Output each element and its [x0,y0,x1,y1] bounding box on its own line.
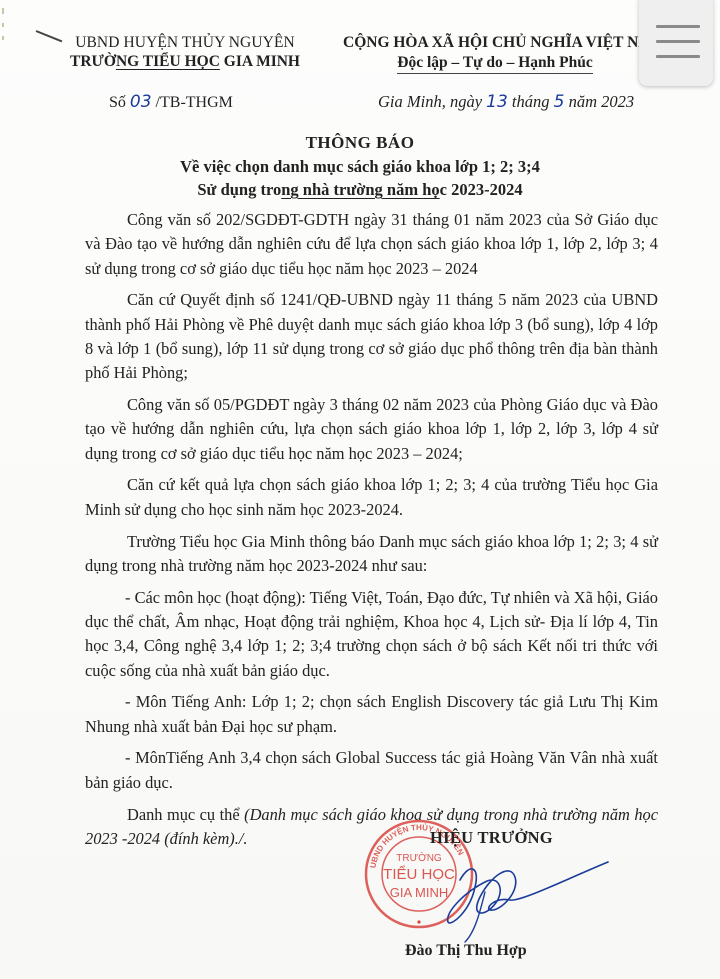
body-paragraph: Căn cứ kết quả lựa chọn sách giáo khoa l… [85,473,658,522]
doc-number-handwritten: 03 [130,92,152,112]
scan-edge-mark [2,36,4,40]
doc-number-code: /TB-THGM [152,94,233,111]
document-subject-line2: Sử dụng trong nhà trường năm học 2023-20… [0,180,720,200]
closing-text: Danh mục cụ thể [127,805,244,824]
body-paragraph: Công văn số 202/SGDĐT-GDTH ngày 31 tháng… [85,208,658,281]
hamburger-menu-button[interactable] [639,0,713,86]
subject-part: c 2023-2024 [440,180,523,199]
document-date: Gia Minh, ngày 13 tháng 5 năm 2023 [378,92,634,112]
national-motto: Độc lập – Tự do – Hạnh Phúc [397,54,593,74]
doc-number-label: Số [109,94,130,111]
date-place: Gia Minh, ngày [378,92,486,111]
subject-part: ng nhà trường năm họ [281,180,439,199]
date-day-handwritten: 13 [486,92,508,112]
republic-name: CỘNG HÒA XÃ HỘI CHỦ NGHĨA VIỆT NAM [335,34,655,52]
document-body: Công văn số 202/SGDĐT-GDTH ngày 31 tháng… [85,208,658,859]
list-item: - Môn Tiếng Anh: Lớp 1; 2; chọn sách Eng… [85,690,658,739]
date-month-label: tháng [508,92,554,111]
school-name: TRƯỜNG TIỂU HỌC GIA MINH [40,53,330,71]
handwritten-signature [440,842,610,952]
list-item: - MônTiếng Anh 3,4 chọn sách Global Succ… [85,746,658,795]
national-header: CỘNG HÒA XÃ HỘI CHỦ NGHĨA VIỆT NAM Độc l… [335,34,655,74]
body-paragraph: Trường Tiểu học Gia Minh thông báo Danh … [85,530,658,579]
signatory-name: Đào Thị Thu Hợp [405,942,527,960]
document-number: Số 03 /TB-THGM [109,92,233,112]
school-name-part: TRƯỜ [70,53,116,70]
scan-edge-mark [2,23,4,27]
school-name-part: NG TIỂU HỌC [116,53,220,70]
issuing-authority: UBND HUYỆN THỦY NGUYÊN TRƯỜNG TIỂU HỌC G… [40,34,330,71]
svg-text:TRƯỜNG: TRƯỜNG [396,851,442,864]
school-name-part: GIA MINH [220,53,300,70]
document-subject: Về việc chọn danh mục sách giáo khoa lớp… [0,157,720,177]
body-paragraph: Căn cứ Quyết định số 1241/QĐ-UBND ngày 1… [85,288,658,385]
scan-edge-mark [2,8,4,14]
document-title: THÔNG BÁO [0,133,720,153]
document-page: UBND HUYỆN THỦY NGUYÊN TRƯỜNG TIỂU HỌC G… [0,0,720,979]
list-item: - Các môn học (hoạt động): Tiếng Việt, T… [85,586,658,683]
body-paragraph: Công văn số 05/PGDĐT ngày 3 tháng 02 năm… [85,393,658,466]
subject-part: Sử dụng tro [197,180,281,199]
date-month-handwritten: 5 [554,92,565,112]
authority-name: UBND HUYỆN THỦY NGUYÊN [40,34,330,52]
date-year: năm 2023 [564,92,634,111]
